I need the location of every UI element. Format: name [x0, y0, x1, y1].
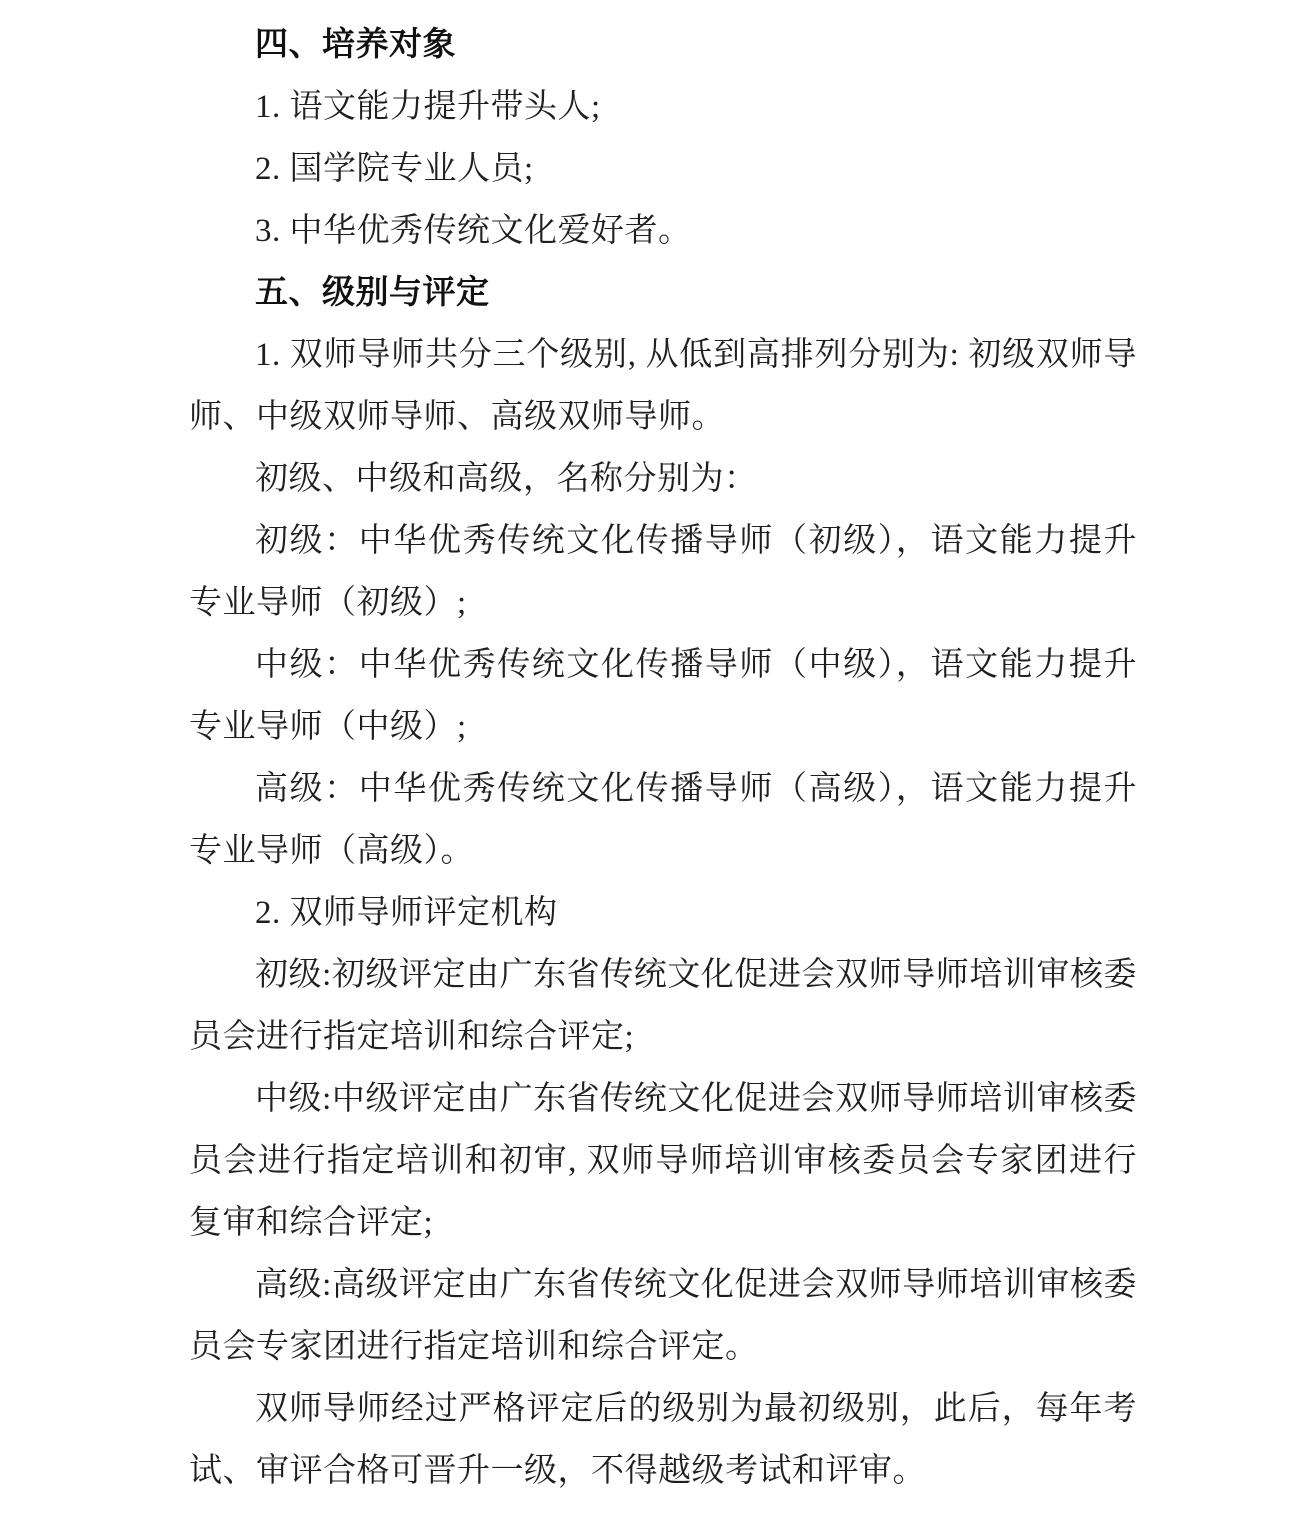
paragraph-level-senior-name: 高级：中华优秀传统文化传播导师（高级），语文能力提升专业导师（高级）。 [189, 758, 1137, 882]
paragraph-level-junior-name: 初级：中华优秀传统文化传播导师（初级），语文能力提升专业导师（初级）; [189, 510, 1137, 634]
paragraph-level-intermediate-name: 中级：中华优秀传统文化传播导师（中级），语文能力提升专业导师（中级）; [189, 634, 1137, 758]
document-content: 四、培养对象 1. 语文能力提升带头人; 2. 国学院专业人员; 3. 中华优秀… [189, 14, 1137, 1502]
paragraph-levels-overview: 1. 双师导师共分三个级别, 从低到高排列分别为: 初级双师导师、中级双师导师、… [189, 324, 1137, 448]
section-heading-training-targets: 四、培养对象 [189, 14, 1137, 76]
section-heading-levels-evaluation: 五、级别与评定 [189, 262, 1137, 324]
paragraph-target-1: 1. 语文能力提升带头人; [189, 76, 1137, 138]
paragraph-target-2: 2. 国学院专业人员; [189, 138, 1137, 200]
paragraph-level-names-intro: 初级、中级和高级，名称分别为： [189, 448, 1137, 510]
paragraph-target-3: 3. 中华优秀传统文化爱好者。 [189, 200, 1137, 262]
paragraph-evaluation-intermediate: 中级:中级评定由广东省传统文化促进会双师导师培训审核委员会进行指定培训和初审, … [189, 1068, 1137, 1254]
paragraph-promotion-rule: 双师导师经过严格评定后的级别为最初级别，此后，每年考试、审评合格可晋升一级，不得… [189, 1378, 1137, 1502]
paragraph-evaluation-junior: 初级:初级评定由广东省传统文化促进会双师导师培训审核委员会进行指定培训和综合评定… [189, 944, 1137, 1068]
paragraph-evaluation-body-intro: 2. 双师导师评定机构 [189, 882, 1137, 944]
paragraph-evaluation-senior: 高级:高级评定由广东省传统文化促进会双师导师培训审核委员会专家团进行指定培训和综… [189, 1254, 1137, 1378]
document-page: 四、培养对象 1. 语文能力提升带头人; 2. 国学院专业人员; 3. 中华优秀… [0, 0, 1315, 1524]
